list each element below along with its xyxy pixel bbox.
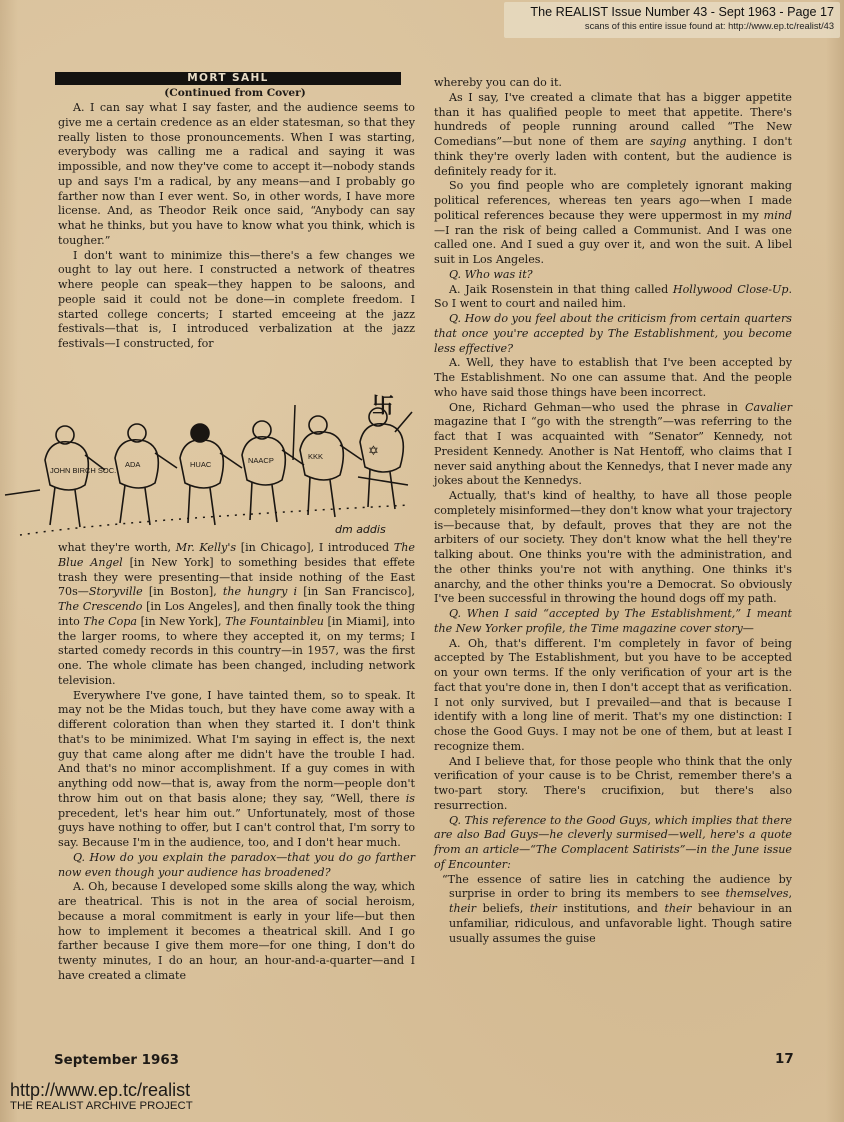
article-header: MORT SAHL: [55, 72, 401, 85]
paragraph: whereby you can do it.: [434, 76, 792, 91]
left-column: MORT SAHL (Continued from Cover) A. I ca…: [58, 72, 415, 352]
question: Q. When I said “accepted by The Establis…: [434, 607, 792, 637]
cartoon-label: ADA: [125, 460, 140, 469]
answer: A. Jaik Rosenstein in that thing called …: [434, 283, 792, 313]
archive-footer: http://www.ep.tc/realist THE REALIST ARC…: [10, 1080, 193, 1113]
archive-link[interactable]: scans of this entire issue found at: htt…: [504, 20, 834, 32]
paragraph: So you find people who are completely ig…: [434, 179, 792, 268]
cartoon-illustration: JOHN BIRCH SOC. ADA HUAC NAACP KKK ✡ 卐 d…: [0, 385, 415, 540]
continued-note: (Continued from Cover): [55, 85, 415, 101]
paragraph: A. I can say what I say faster, and the …: [58, 101, 415, 249]
question: Q. How do you explain the paradox—that y…: [58, 851, 415, 881]
block-quote: “The essence of satire lies in catching …: [434, 873, 792, 947]
answer: A. Oh, that's different. I'm completely …: [434, 637, 792, 755]
paragraph: Everywhere I've gone, I have tainted the…: [58, 689, 415, 851]
star-icon: ✡: [368, 444, 379, 459]
paragraph: As I say, I've created a climate that ha…: [434, 91, 792, 180]
archive-title: The REALIST Issue Number 43 - Sept 1963 …: [504, 2, 834, 20]
archive-banner: The REALIST Issue Number 43 - Sept 1963 …: [504, 2, 840, 38]
cartoon-label: NAACP: [248, 456, 274, 465]
cartoon-label: KKK: [308, 452, 323, 461]
answer: A. Well, they have to establish that I'v…: [434, 356, 792, 400]
cartoon-signature: dm addis: [335, 523, 386, 536]
answer: A. Oh, because I developed some skills a…: [58, 880, 415, 983]
question: Q. How do you feel about the criticism f…: [434, 312, 792, 356]
paragraph: I don't want to minimize this—there's a …: [58, 249, 415, 352]
question: Q. Who was it?: [434, 268, 792, 283]
archive-url-link[interactable]: http://www.ep.tc/realist: [10, 1080, 193, 1100]
left-column-lower: what they're worth, Mr. Kelly's [in Chic…: [58, 541, 415, 984]
paragraph: Actually, that's kind of healthy, to hav…: [434, 489, 792, 607]
paragraph: And I believe that, for those people who…: [434, 755, 792, 814]
paragraph: what they're worth, Mr. Kelly's [in Chic…: [58, 541, 415, 689]
swastika-flag-icon: 卐: [372, 393, 394, 419]
paragraph: One, Richard Gehman—who used the phrase …: [434, 401, 792, 490]
archive-project-name: THE REALIST ARCHIVE PROJECT: [10, 1100, 193, 1113]
page-number: 17: [775, 1052, 794, 1067]
issue-date: September 1963: [54, 1053, 179, 1068]
cartoon-label: JOHN BIRCH SOC.: [50, 466, 116, 475]
cartoon-label: HUAC: [190, 460, 212, 469]
right-column: whereby you can do it. As I say, I've cr…: [434, 76, 792, 946]
question: Q. This reference to the Good Guys, whic…: [434, 814, 792, 873]
